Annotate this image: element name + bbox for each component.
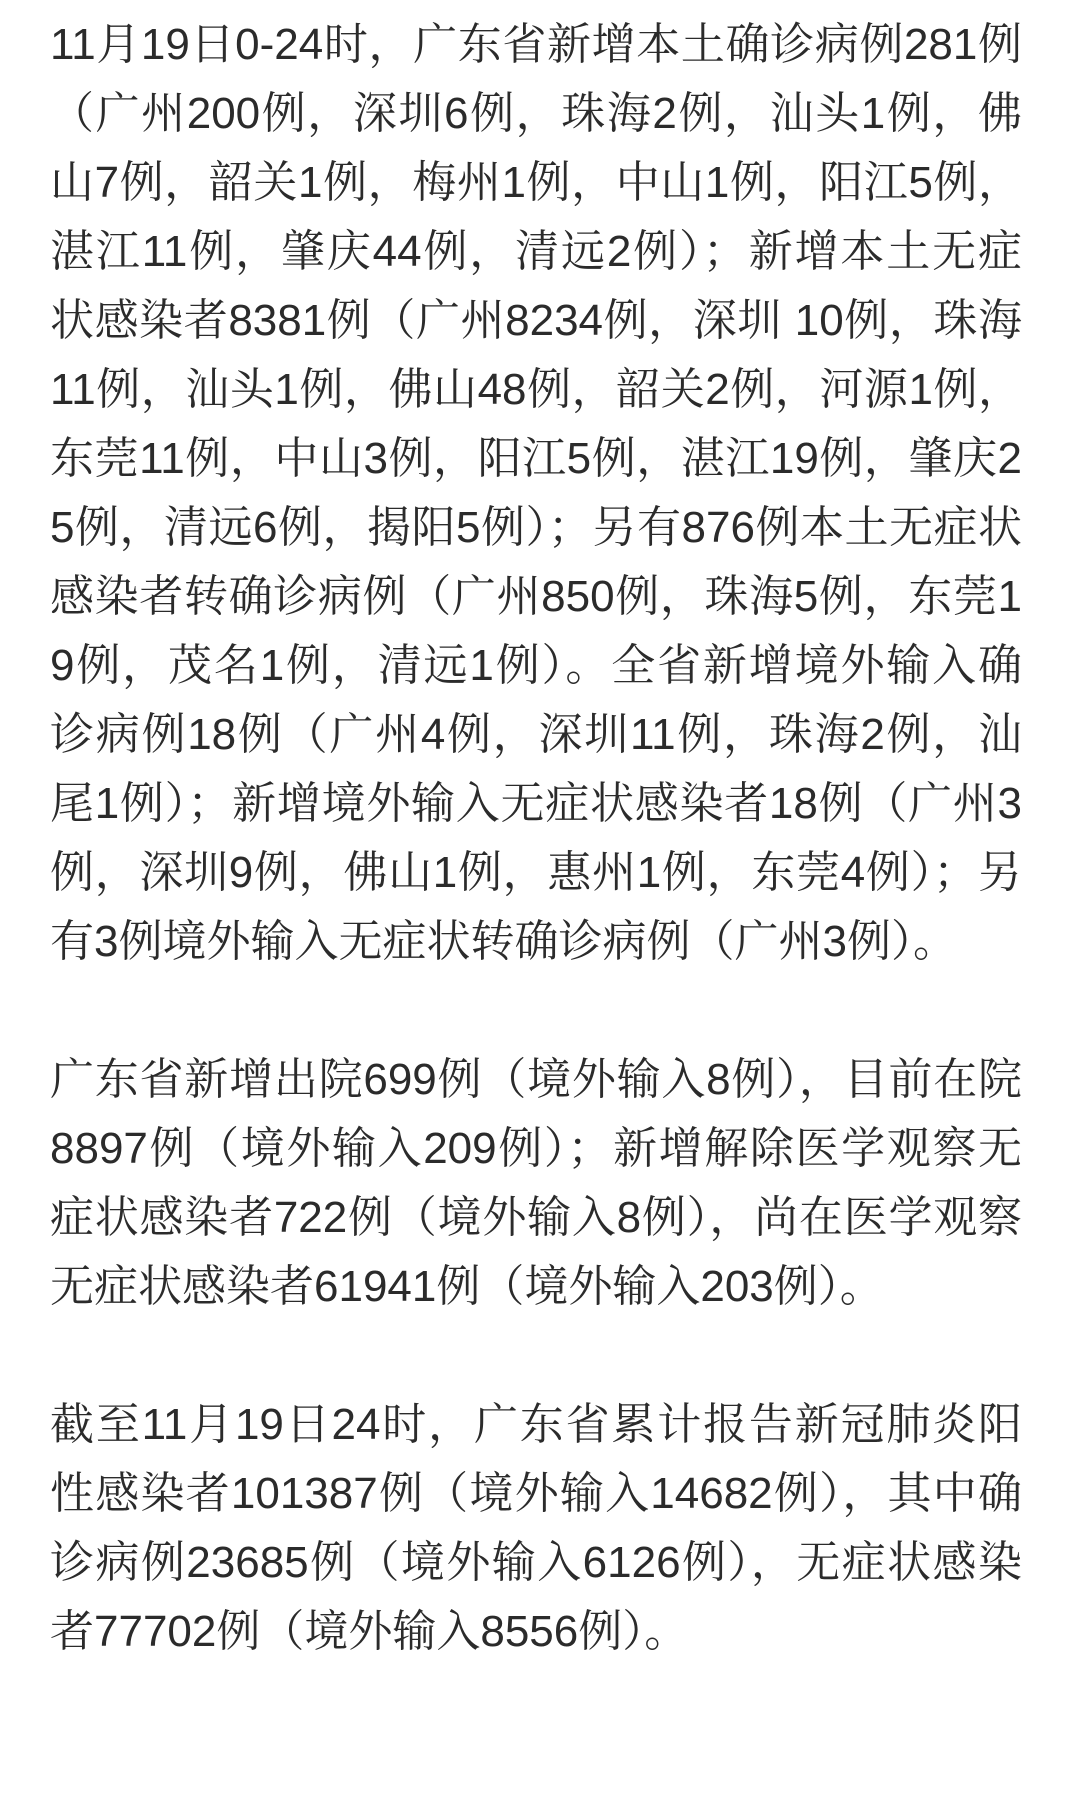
paragraph-discharges-observation: 广东省新增出院699例（境外输入8例），目前在院8897例（境外输入209例）；… <box>50 1045 1022 1321</box>
paragraph-new-cases: 11月19日0-24时，广东省新增本土确诊病例281例（广州200例，深圳6例，… <box>50 10 1022 976</box>
covid-report-article: 11月19日0-24时，广东省新增本土确诊病例281例（广州200例，深圳6例，… <box>0 0 1072 1666</box>
paragraph-cumulative-totals: 截至11月19日24时，广东省累计报告新冠肺炎阳性感染者101387例（境外输入… <box>50 1390 1022 1666</box>
